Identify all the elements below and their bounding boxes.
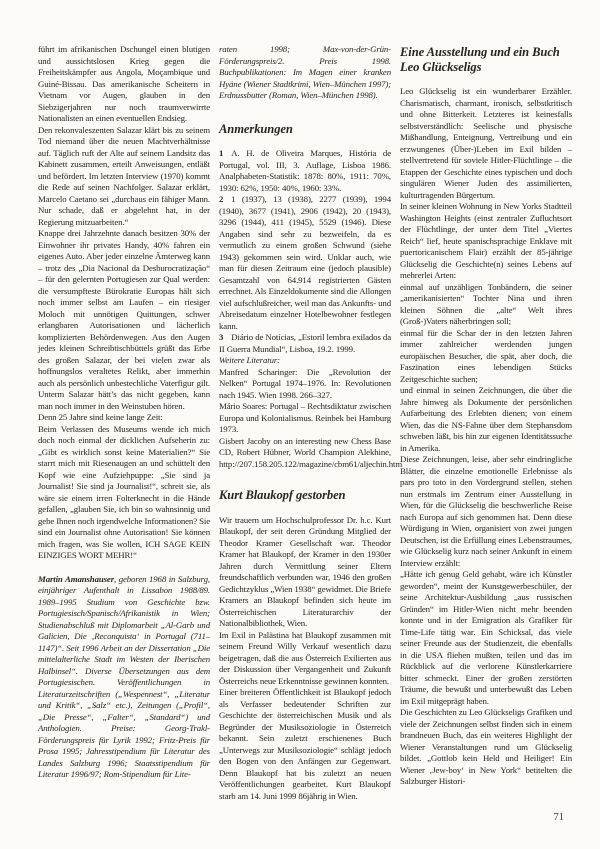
literature-label: Weitere Literatur: — [219, 355, 391, 367]
footnote-number: 3 — [219, 332, 231, 342]
body-paragraph: Im Exil in Palästina hat Blaukopf zusamm… — [219, 630, 391, 688]
body-paragraph: Knappe drei Jahrzehnte danach besitzen 3… — [38, 228, 210, 412]
author-bio-continuation: raten 1998; Max-von-der-Grün-Förderungsp… — [219, 44, 391, 102]
body-paragraph: In seiner kleinen Wohnung in New Yorks S… — [400, 201, 572, 282]
body-paragraph: Den rekonvaleszenten Salazar klärt bis z… — [38, 125, 210, 229]
body-paragraph: einmal für die Schar der in den letzten … — [400, 328, 572, 386]
body-paragraph: Wir trauern um Hochschulprofessor Dr. h.… — [219, 515, 391, 630]
footnote-text: Diário de Notícias, „Estoril lembra exil… — [219, 332, 391, 354]
section-heading-anmerkungen: Anmerkungen — [219, 122, 391, 137]
body-paragraph: Beim Verlassen des Museums wende ich mic… — [38, 424, 210, 562]
footnote-text: A. H. de Oliveira Marques, História de P… — [219, 148, 391, 193]
body-paragraph: führt im afrikanischen Dschungel einen b… — [38, 44, 210, 125]
author-bio: Martin Amanshauser, geboren 1968 in Salz… — [38, 574, 210, 781]
footnote-text: 1 (1937), 13 (1938), 2277 (1939), 1994 (… — [219, 194, 391, 331]
author-bio-text: , geboren 1968 in Salzburg, einjähriger … — [38, 574, 210, 780]
text-columns: führt im afrikanischen Dschungel einen b… — [38, 44, 572, 802]
body-paragraph: und einmal in seinen Zeichnungen, die üb… — [400, 385, 572, 454]
footnote: 21 (1937), 13 (1938), 2277 (1939), 1994 … — [219, 194, 391, 332]
page-number: 71 — [554, 812, 565, 823]
footnote: 3Diário de Notícias, „Estoril lembra exi… — [219, 332, 391, 355]
column-right: Eine Ausstellung und ein Buch Leo Glücks… — [400, 44, 572, 802]
literature-entry: Gisbert Jacoby on an interesting new Che… — [219, 436, 391, 471]
body-paragraph: Denn 25 Jahre sind keine lange Zeit: — [38, 412, 210, 424]
body-paragraph: Einer breiteren Öffentlichkeit ist Blauk… — [219, 687, 391, 802]
column-middle: raten 1998; Max-von-der-Grün-Förderungsp… — [219, 44, 391, 802]
footnote: 1A. H. de Oliveira Marques, História de … — [219, 148, 391, 194]
body-paragraph: Diese Zeichnungen, leise, aber sehr eind… — [400, 454, 572, 569]
section-heading-blaukopf: Kurt Blaukopf gestorben — [219, 488, 391, 503]
section-heading-glueckselig: Eine Ausstellung und ein Buch Leo Glücks… — [400, 45, 572, 74]
body-paragraph: Die Geschichten zu Leo Glückseligs Grafi… — [400, 707, 572, 788]
footnote-number: 1 — [219, 148, 231, 158]
footnote-number: 2 — [219, 194, 231, 204]
magazine-page: führt im afrikanischen Dschungel einen b… — [0, 0, 600, 849]
body-paragraph: „Hätte ich genug Geld gehabt, wäre ich K… — [400, 569, 572, 707]
body-paragraph: einmal auf unzähligen Tonbändern, die se… — [400, 282, 572, 328]
body-paragraph: Leo Glückselig ist ein wunderbarer Erzäh… — [400, 86, 572, 201]
literature-entry: Mário Soares: Portugal – Rechtsdiktatur … — [219, 401, 391, 436]
literature-entry: Manfred Scharinger: Die „Revolution der … — [219, 367, 391, 402]
author-bio-name: Martin Amanshauser — [38, 574, 114, 584]
column-left: führt im afrikanischen Dschungel einen b… — [38, 44, 210, 802]
